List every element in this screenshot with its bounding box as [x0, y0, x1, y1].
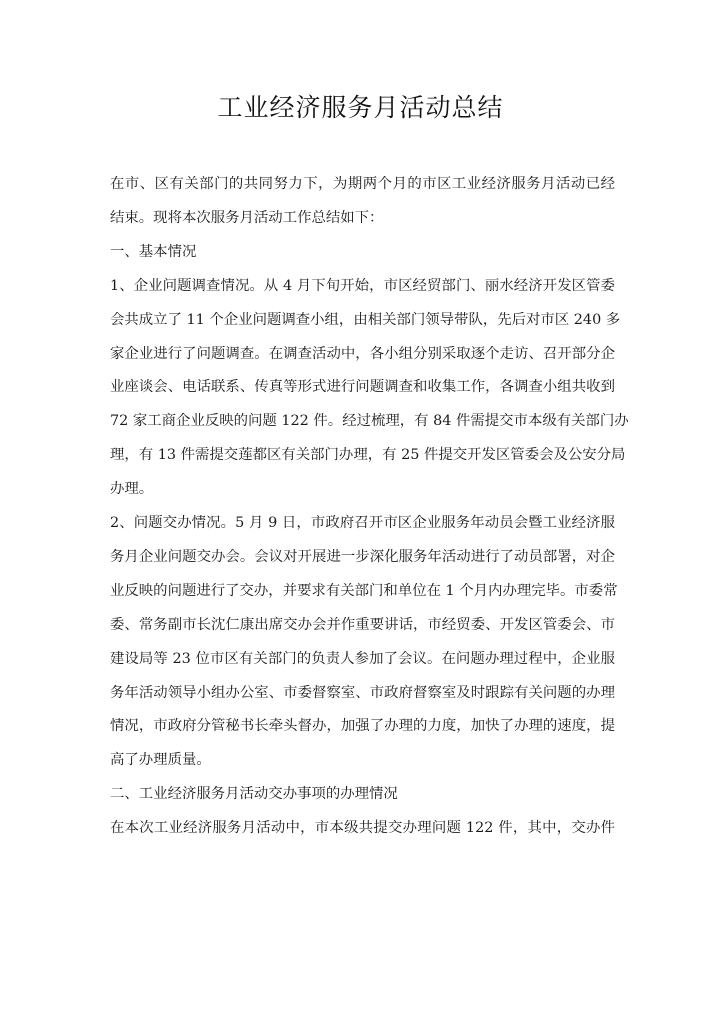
- paragraph-line: 建设局等 23 位市区有关部门的负责人参加了会议。在问题办理过程中，企业服: [110, 649, 615, 669]
- document-title: 工业经济服务月活动总结: [0, 88, 721, 124]
- paragraph-line: 业反映的问题进行了交办，并要求有关部门和单位在 1 个月内办理完毕。市委常: [110, 581, 615, 601]
- paragraph-line: 二、工业经济服务月活动交办事项的办理情况: [110, 784, 615, 804]
- paragraph-line: 一、基本情况: [110, 242, 615, 262]
- paragraph-line: 务月企业问题交办会。会议对开展进一步深化服务年活动进行了动员部署，对企: [110, 547, 615, 567]
- paragraph-line: 在本次工业经济服务月活动中，市本级共提交办理问题 122 件，其中，交办件: [110, 818, 615, 838]
- paragraph-line: 委、常务副市长沈仁康出席交办会并作重要讲话，市经贸委、开发区管委会、市: [110, 615, 615, 635]
- paragraph-line: 业座谈会、电话联系、传真等形式进行问题调查和收集工作，各调查小组共收到: [110, 377, 615, 397]
- paragraph-line: 务年活动领导小组办公室、市委督察室、市政府督察室及时跟踪有关问题的办理: [110, 683, 615, 703]
- paragraph-line: 72 家工商企业反映的问题 122 件。经过梳理，有 84 件需提交市本级有关部…: [110, 411, 615, 431]
- paragraph-line: 1、企业问题调查情况。从 4 月下旬开始，市区经贸部门、丽水经济开发区管委: [110, 276, 615, 296]
- paragraph-line: 会共成立了 11 个企业问题调查小组，由相关部门领导带队，先后对市区 240 多: [110, 310, 615, 330]
- paragraph-line: 结束。现将本次服务月活动工作总结如下：: [110, 208, 615, 228]
- paragraph-line: 理，有 13 件需提交莲都区有关部门办理，有 25 件提交开发区管委会及公安分局: [110, 445, 615, 465]
- paragraph-line: 2、问题交办情况。5 月 9 日，市政府召开市区企业服务年动员会暨工业经济服: [110, 513, 615, 533]
- paragraph-line: 情况，市政府分管秘书长牵头督办，加强了办理的力度，加快了办理的速度，提: [110, 716, 615, 736]
- paragraph-line: 家企业进行了问题调查。在调查活动中，各小组分别采取逐个走访、召开部分企: [110, 344, 615, 364]
- paragraph-line: 高了办理质量。: [110, 750, 615, 770]
- paragraph-line: 办理。: [110, 479, 615, 499]
- paragraph-line: 在市、区有关部门的共同努力下，为期两个月的市区工业经济服务月活动已经: [110, 174, 615, 194]
